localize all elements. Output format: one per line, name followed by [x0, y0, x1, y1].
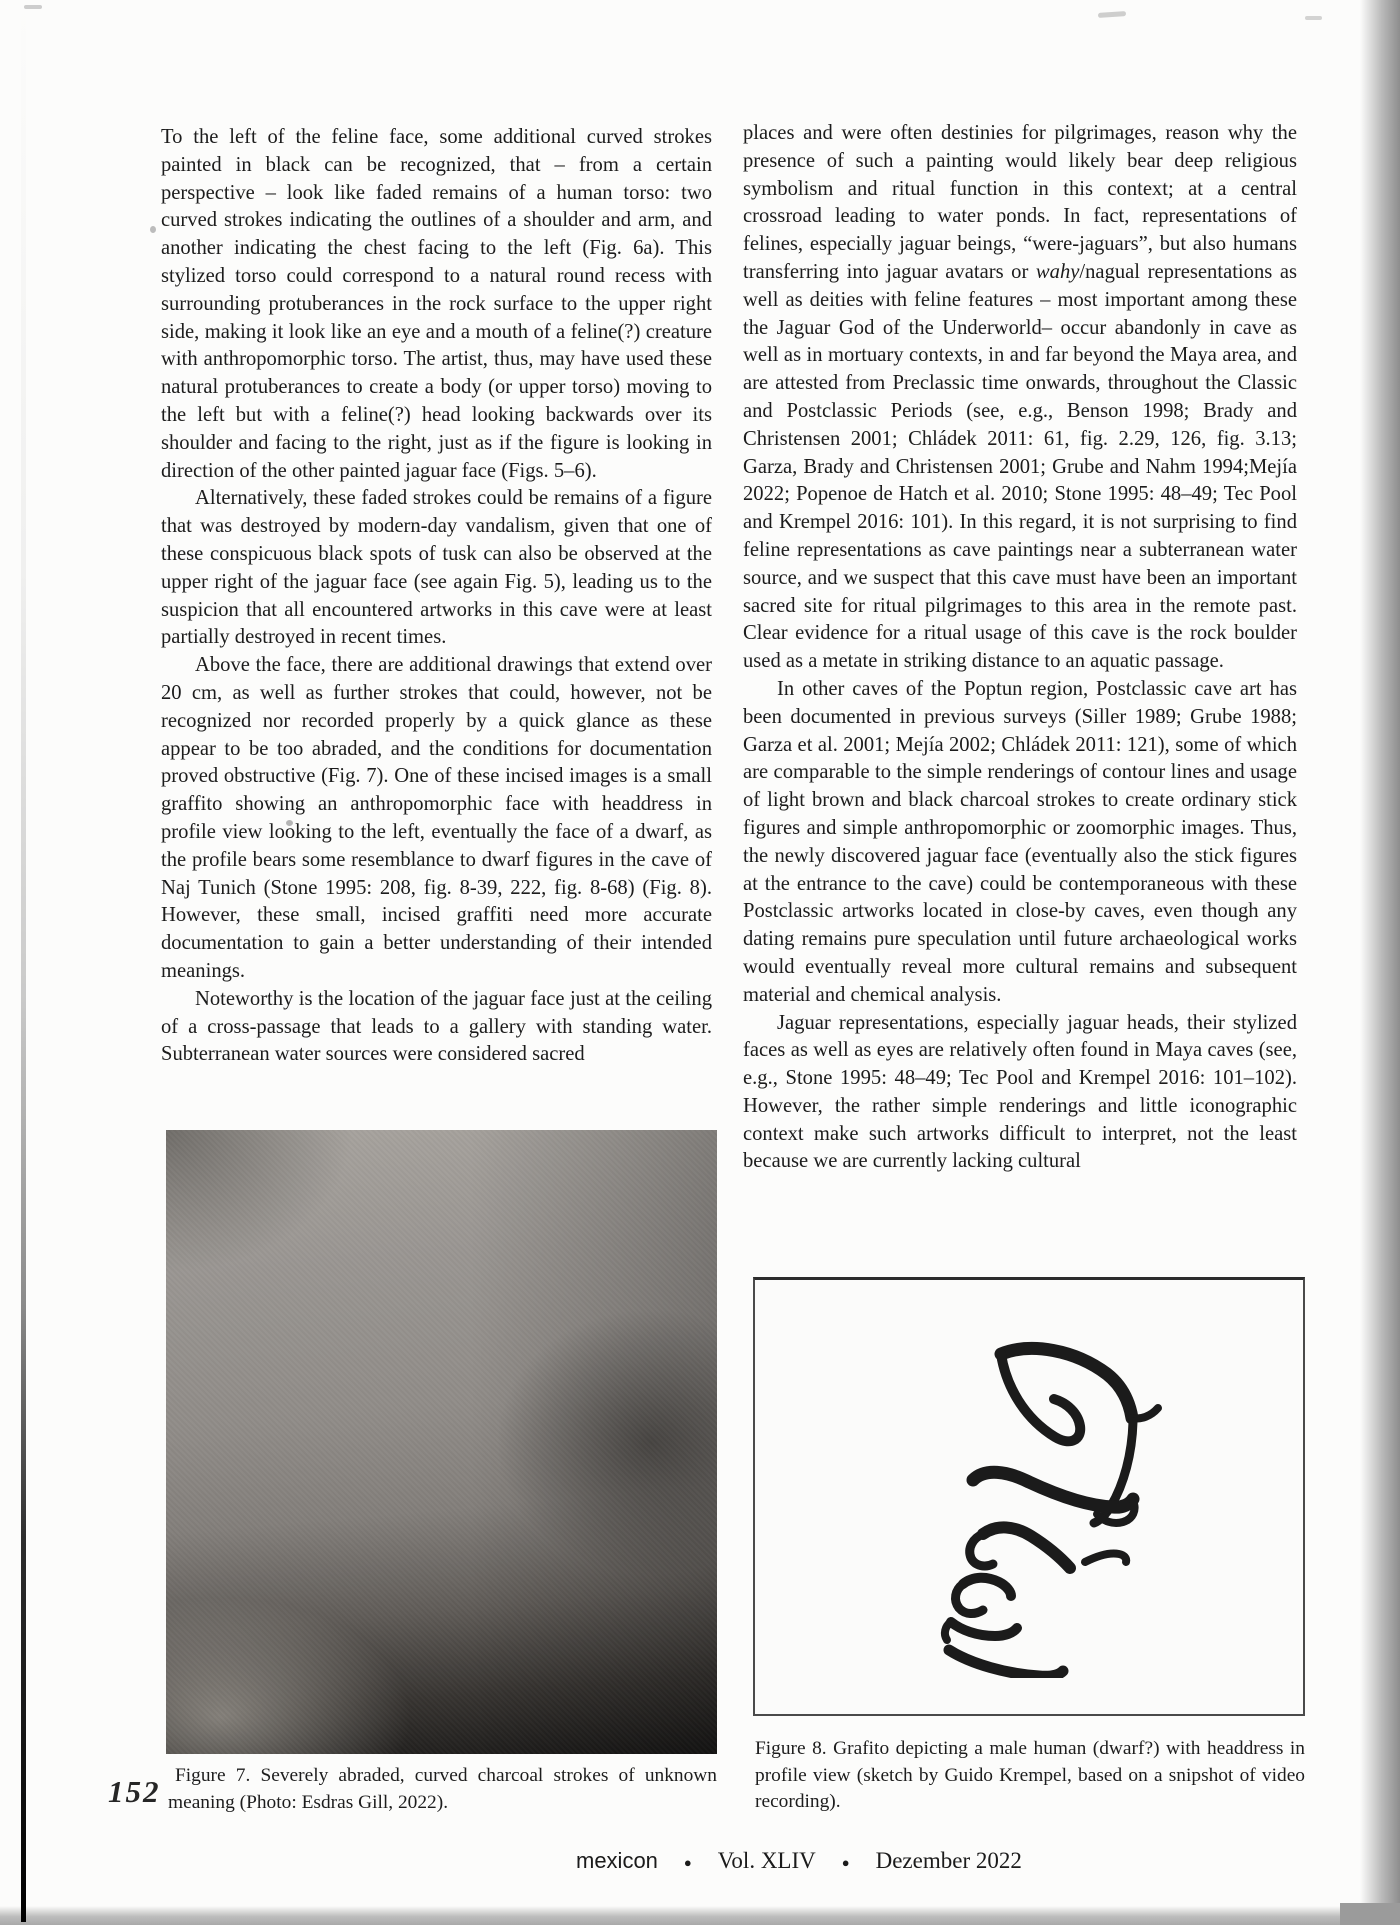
paragraph: To the left of the feline face, some add…	[161, 124, 712, 485]
journal-name: mexicon	[576, 1848, 658, 1874]
figure8-caption: Figure 8. Grafito depicting a male human…	[755, 1736, 1305, 1816]
issue-date: Dezember 2022	[876, 1848, 1022, 1874]
paragraph: In other caves of the Poptun region, Pos…	[743, 676, 1297, 1010]
profile-face-sketch	[927, 1338, 1187, 1678]
volume-label: Vol. XLIV	[718, 1848, 816, 1874]
scan-mark	[24, 5, 42, 9]
scan-mark	[1305, 16, 1322, 20]
bottom-corner-scan-shadow	[1340, 1903, 1400, 1925]
bullet-separator-icon: ●	[842, 1856, 850, 1869]
page-number: 152	[108, 1774, 161, 1810]
paragraph: Noteworthy is the location of the jaguar…	[161, 986, 712, 1069]
paragraph: Above the face, there are additional dra…	[161, 652, 712, 986]
bullet-separator-icon: ●	[684, 1856, 692, 1869]
scan-speck	[286, 820, 293, 826]
left-edge-scan-line	[21, 0, 26, 1922]
figure7-caption: Figure 7. Severely abraded, curved charc…	[168, 1763, 717, 1816]
left-column-text: To the left of the feline face, some add…	[161, 124, 712, 1069]
scan-mark	[1098, 11, 1126, 18]
figure8-frame	[753, 1277, 1305, 1716]
figure7-photo	[166, 1130, 717, 1754]
footer: mexicon ● Vol. XLIV ● Dezember 2022	[576, 1848, 1022, 1874]
scan-speck	[150, 226, 156, 233]
bottom-edge-scan-shadow	[0, 1906, 1400, 1925]
paragraph: Alternatively, these faded strokes could…	[161, 485, 712, 652]
right-column-text: places and were often destinies for pilg…	[743, 120, 1297, 1176]
paragraph: places and were often destinies for pilg…	[743, 120, 1297, 676]
right-edge-scan-shadow	[1360, 0, 1400, 1925]
paragraph: Jaguar representations, especially jagua…	[743, 1010, 1297, 1177]
journal-page-scan: To the left of the feline face, some add…	[0, 0, 1400, 1925]
